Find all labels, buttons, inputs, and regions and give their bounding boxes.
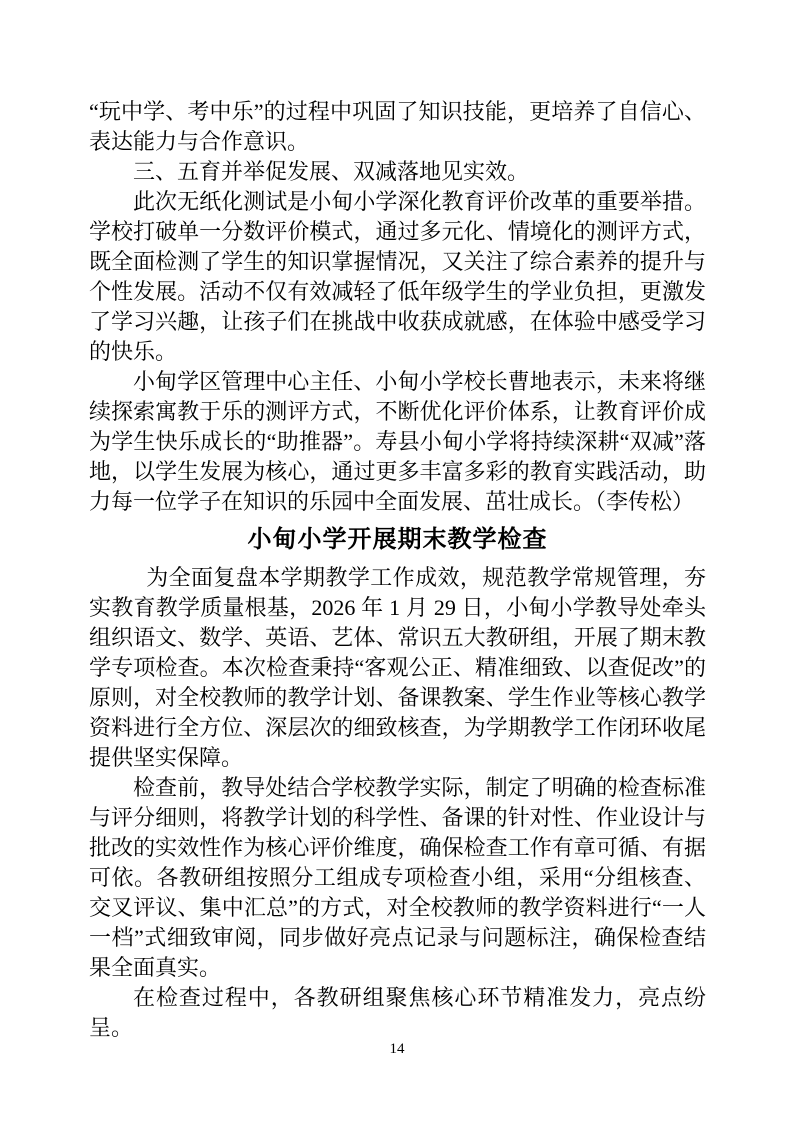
article-title: 小甸小学开展期末教学检查 — [89, 525, 706, 556]
page-content: “玩中学、考中乐”的过程中巩固了知识技能，更培养了自信心、表达能力与合作意识。三… — [89, 97, 706, 1043]
paragraph: “玩中学、考中乐”的过程中巩固了知识技能，更培养了自信心、表达能力与合作意识。 — [89, 97, 706, 157]
article-body: 为全面复盘本学期教学工作成效，规范教学常规管理，夯实教育教学质量根基，2026 … — [89, 563, 706, 1043]
page-number: 14 — [0, 1040, 794, 1058]
paragraph: 小甸学区管理中心主任、小甸小学校长曹地表示，未来将继续探索寓教于乐的测评方式，不… — [89, 367, 706, 517]
paragraph: 在检查过程中，各教研组聚焦核心环节精准发力，亮点纷呈。 — [89, 983, 706, 1043]
paragraph: 三、五育并举促发展、双减落地见实效。 — [89, 157, 706, 187]
document-page: “玩中学、考中乐”的过程中巩固了知识技能，更培养了自信心、表达能力与合作意识。三… — [0, 0, 794, 1122]
article-continuation-body: “玩中学、考中乐”的过程中巩固了知识技能，更培养了自信心、表达能力与合作意识。三… — [89, 97, 706, 517]
paragraph: 检查前，教导处结合学校教学实际，制定了明确的检查标准与评分细则，将教学计划的科学… — [89, 773, 706, 983]
paragraph: 此次无纸化测试是小甸小学深化教育评价改革的重要举措。学校打破单一分数评价模式，通… — [89, 187, 706, 367]
paragraph: 为全面复盘本学期教学工作成效，规范教学常规管理，夯实教育教学质量根基，2026 … — [89, 563, 706, 773]
